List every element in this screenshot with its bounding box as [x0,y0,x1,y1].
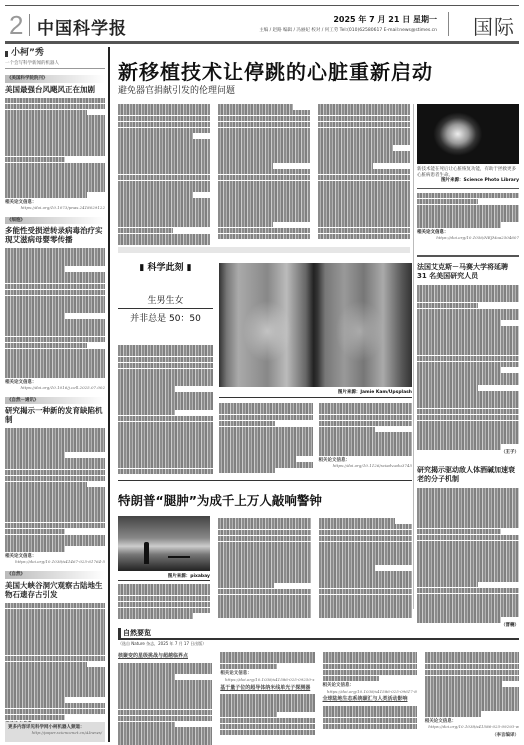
masthead-bottom-rule [5,41,519,44]
nature-digest-body: 核聚变的星级挑战与超越临界点 相关论文信息： https://doi.org/1… [118,652,519,745]
nature-digest-subheader: （选自 Nature 杂志，2025 年 7 月 17 日出版） [118,641,206,647]
bench-photo-credit: 图片来源：pixabay [118,573,210,579]
rule [417,188,519,189]
right-story-body [417,285,519,450]
right-story-title: 研究揭示驱动敌人体酒碱加速衰老的分子机制 [417,466,519,484]
trump-headline: 特朗普“腿肿”为成千上万人敲响警钟 [118,491,322,509]
editor-credits: 主编 / 赵路 编辑 / 冯丽妃 校对 / 何工劳 Tel:(010)62580… [259,27,437,33]
section-divider [448,12,449,36]
rule [118,638,519,640]
rule [118,580,210,581]
text-column [319,518,412,618]
science-moment-box: ▮ 科学此刻 ▮ 生男生女 并非总是 50：50 [118,260,213,324]
text-column: 核聚变的星级挑战与超越临界点 [118,652,212,745]
brief-article: 《美国科学院院刊》 美国最强台风飓风正在加剧 相关论文信息： https://d… [5,75,105,211]
shade-band [118,247,410,253]
column-subheader: 一个会写科学新闻的机器人 [5,61,105,70]
doi-link[interactable]: https://doi.org/10.1126/sciadv.adu3745 [319,463,413,469]
brief-title: 美国最强台风飓风正在加剧 [5,85,105,94]
brief-title: 研究揭示一种新的发育缺陷机制 [5,406,105,424]
doi-link[interactable]: https://doi.org/10.1016/j.cell.2025.07.0… [5,385,105,391]
lead-body [118,104,410,246]
masthead: 2 中国科学报 2025 年 7 月 21 日 星期一 主编 / 赵路 编辑 /… [5,5,519,43]
brief-article: 《自然》 美国大峡谷洞穴观察古陆地生物石遗存古引发 相关论文信息： https:… [5,571,105,733]
doi-link[interactable]: https://doi.org/10.1056/NEJMoa2504607 [417,235,519,241]
brief-article: 《细胞》 多能性受损逆转录病毒治疗实现艾滋病母婴零传播 相关论文信息： http… [5,217,105,391]
text-column: 相关论文信息： https://doi.org/10.1038/s41586-0… [220,652,314,745]
lead-continued-text [417,193,519,228]
column-divider [108,47,110,742]
brief-body [5,98,105,198]
lonely-bench-photo [118,516,210,571]
brief-title: 多能性受损逆转录病毒治疗实现艾滋病母婴零传播 [5,226,105,244]
newborns-photo [219,263,412,387]
doi-link[interactable]: https://doi.org/10.1073/pnas.2418029122 [5,205,105,211]
end-mark: （晋楠） [417,623,519,629]
end-credit: （李言编译） [425,733,519,739]
doi-link[interactable]: https://doi.org/10.1038/s41586-025-09293… [425,724,519,730]
right-column-divider [413,104,414,609]
text-column: 相关论文信息： https://doi.org/10.1038/s41586-0… [425,652,519,745]
section-name: 国际 [473,11,515,40]
right-story-body [417,488,519,623]
right-column: 新技术能在死后让心脏恢复功能，有助于拯救更多心脏病患者生命。 图片来源：Scie… [417,104,519,629]
brief-article: 《自然－通讯》 研究揭示一种新的发育缺陷机制 相关论文信息： https://d… [5,397,105,565]
left-column-robot-news: 小柯”秀 一个会写科学新闻的机器人 《美国科学院院刊》 美国最强台风飓风正在加剧… [5,47,105,742]
brief-body [5,603,105,721]
rule [219,397,412,398]
nature-digest-header: 自然要览 [118,628,151,638]
heart-photo-caption: 新技术能在死后让心脏恢复功能，有助于拯救更多心脏病患者生命。 [417,167,519,178]
science-moment-title-line1: 生男生女 [118,293,213,309]
footer-link[interactable]: http://paper.sciencenet.cn/AInews/ [8,730,102,736]
end-mark: （王子） [417,450,519,456]
heart-photo [417,104,519,164]
masthead-top-rule [5,5,519,6]
science-moment-header: ▮ 科学此刻 ▮ [118,260,213,273]
rule [118,480,412,481]
digest-item-title: 核聚变的星级挑战与超越临界点 [118,654,212,660]
brief-body [5,428,105,551]
text-column [219,403,313,474]
journal-tag: 《自然－通讯》 [5,397,105,405]
rule [417,255,519,257]
lead-headline: 新移植技术让停跳的心脏重新启动 [118,56,433,85]
issue-date: 2025 年 7 月 21 日 星期一 [333,14,437,25]
heart-photo-credit: 图片来源：Science Photo Library [417,178,519,184]
digest-item-title: 基于量子位的超导体纳米线单光子探测器 [220,686,314,692]
brief-body [5,248,105,377]
page-number: 2 [9,12,23,38]
journal-tag: 《自然》 [5,571,105,579]
text-column [218,518,311,618]
journal-tag: 《细胞》 [5,217,105,225]
science-moment-body [118,345,213,475]
page-divider [29,14,30,36]
lead-subheadline: 避免器官捐献引发的伦理问题 [118,83,235,96]
column-header: 小柯”秀 [5,51,105,57]
newspaper-logo: 中国科学报 [37,14,127,39]
doi-link[interactable]: https://doi.org/10.1038/s41586-025-09617… [323,689,417,695]
lead-column-2 [218,104,310,246]
brief-title: 美国大峡谷洞穴观察古陆地生物石遗存古引发 [5,581,105,599]
digest-item-title: 全球陆地生态系统碳汇与人类活动影响 [323,697,417,703]
lead-column-1 [118,104,210,246]
column-footer: 更多内容详见科学网小柯机器人频道： http://paper.sciencene… [5,722,105,742]
science-moment-title-line2: 并非总是 50：50 [118,311,213,324]
trump-body [218,518,412,618]
science-moment-columns: 相关论文信息： https://doi.org/10.1126/sciadv.a… [219,403,412,474]
lead-column-3 [318,104,410,246]
text-column: 相关论文信息： https://doi.org/10.1038/s41586-0… [323,652,417,745]
doi-link[interactable]: https://doi.org/10.1038/s41467-025-61764… [5,559,105,565]
trump-intro-text [118,584,210,619]
text-column: 相关论文信息： https://doi.org/10.1126/sciadv.a… [319,403,413,474]
right-story-title: 法国艾克斯－马赛大学将延聘 31 名美国研究人员 [417,263,519,281]
doi-link[interactable]: https://doi.org/10.1038/s41586-025-09250… [220,677,314,683]
newborns-photo-credit: 图片来源：Jamie Kam/Upsplash [330,389,412,395]
journal-tag: 《美国科学院院刊》 [5,75,105,83]
